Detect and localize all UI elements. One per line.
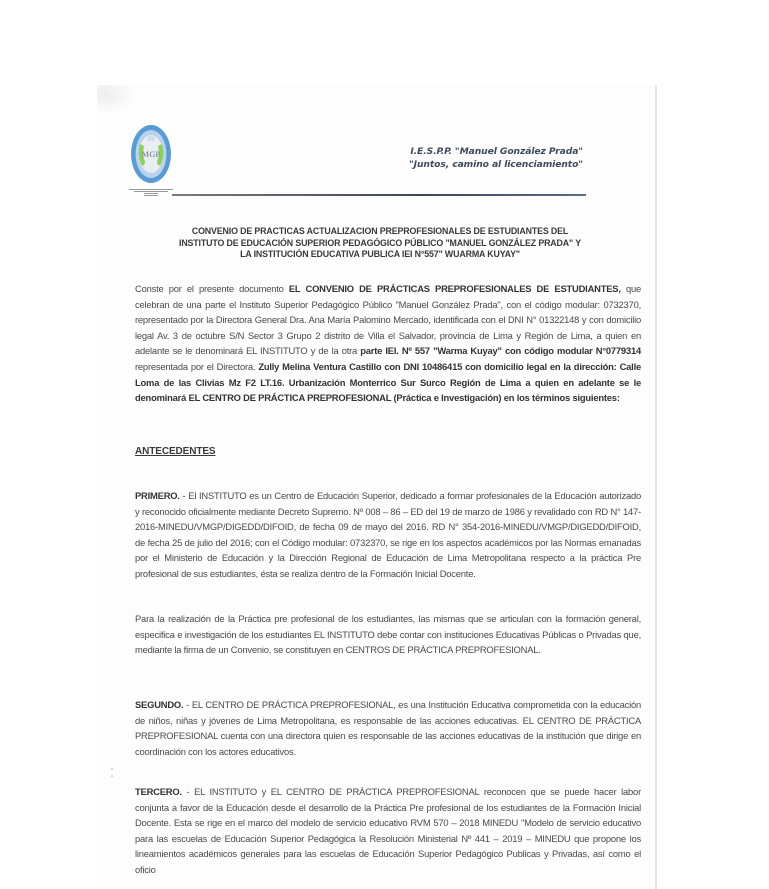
- institution-logo-icon: MGP: [130, 124, 172, 184]
- scan-speck: [111, 768, 113, 770]
- scan-speck: [111, 775, 113, 777]
- clause-segundo: SEGUNDO. - EL CENTRO DE PRÁCTICA PREPROF…: [135, 697, 641, 759]
- clause-label: PRIMERO.: [135, 490, 180, 501]
- practica-paragraph: Para la realización de la Práctica pre p…: [135, 611, 641, 658]
- intro-paragraph: Conste por el presente documento EL CONV…: [135, 281, 641, 406]
- clause-label: SEGUNDO.: [135, 699, 183, 710]
- document-title: CONVENIO DE PRACTICAS ACTUALIZACION PREP…: [147, 226, 613, 261]
- document-page: MGP I.E.S.P.P. "Manuel González Prada" "…: [97, 85, 657, 889]
- svg-text:MGP: MGP: [142, 150, 161, 159]
- section-heading-antecedentes: ANTECEDENTES: [135, 446, 215, 457]
- logo-caption: [127, 189, 175, 196]
- header-divider: [172, 194, 586, 196]
- institution-name: I.E.S.P.P. "Manuel González Prada": [409, 145, 583, 158]
- clause-primero: PRIMERO. - El INSTITUTO es un Centro de …: [135, 488, 641, 582]
- letterhead: I.E.S.P.P. "Manuel González Prada" "Junt…: [409, 145, 583, 171]
- clause-tercero: TERCERO. - EL INSTITUTO y EL CENTRO DE P…: [135, 784, 641, 878]
- clause-label: TERCERO.: [135, 786, 182, 797]
- institution-motto: "Juntos, camino al licenciamiento": [409, 158, 583, 171]
